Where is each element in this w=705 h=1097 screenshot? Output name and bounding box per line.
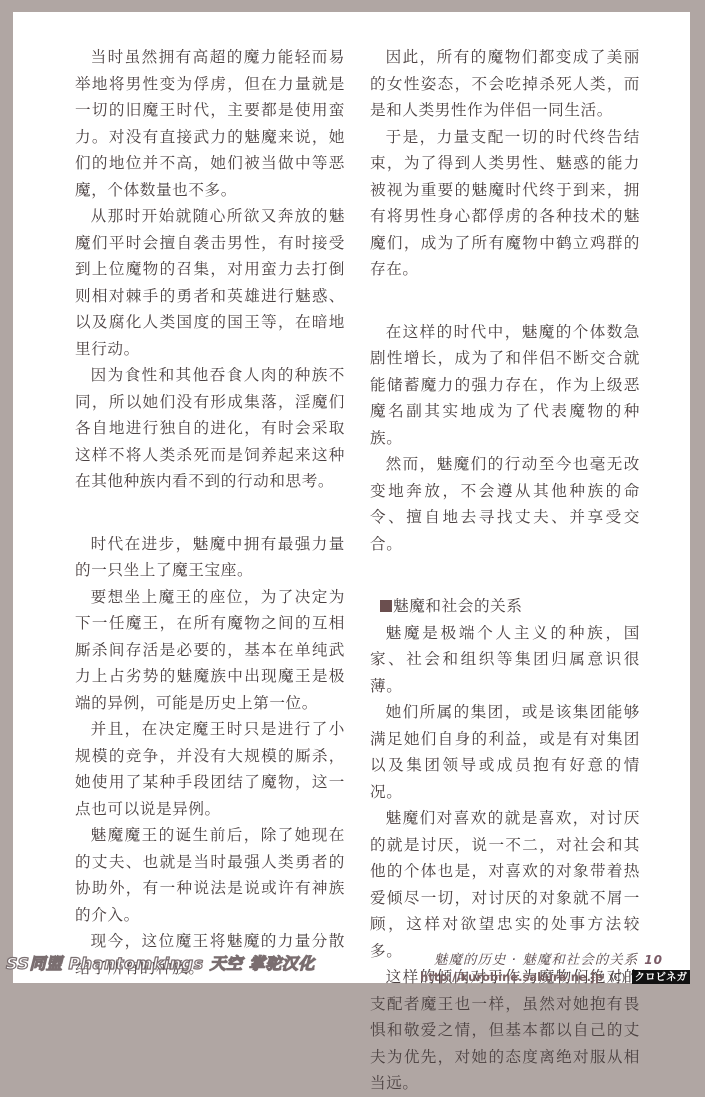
right-column: 因此，所有的魔物们都变成了美丽的女性姿态，不会吃掉杀死人类，而是和人类男性作为伴… bbox=[370, 44, 640, 1000]
paragraph: 当时虽然拥有高超的魔力能轻而易举地将男性变为俘虏，但在力量就是一切的旧魔王时代，… bbox=[75, 44, 345, 203]
paragraph: 因为食性和其他吞食人肉的种族不同，所以她们没有形成集落，淫魔们各自地进行独自的进… bbox=[75, 362, 345, 495]
translation-credits: SS同盟 Phantomkings 天空 掌驼汉化 bbox=[6, 951, 315, 974]
section-heading-text: 魅魔和社会的关系 bbox=[393, 597, 523, 615]
left-column: 当时虽然拥有高超的魔力能轻而易举地将男性变为俘虏，但在力量就是一切的旧魔王时代，… bbox=[75, 44, 345, 981]
paragraph: 并且，在决定魔王时只是进行了小规模的竞争，并没有大规模的厮杀，她使用了某种手段团… bbox=[75, 716, 345, 822]
copyright-mark: (C) bbox=[609, 971, 625, 984]
footer-title-text: 魅魔的历史 · 魅魔和社会的关系 bbox=[434, 952, 638, 968]
paragraph: 魅魔魔王的诞生前后，除了她现在的丈夫、也就是当时最强人类勇者的协助外，有一种说法… bbox=[75, 822, 345, 928]
paragraph-gap bbox=[370, 557, 640, 593]
section-heading: 魅魔和社会的关系 bbox=[370, 593, 640, 620]
paragraph: 于是，力量支配一切的时代终告结束，为了得到人类男性、魅惑的能力被视为重要的魅魔时… bbox=[370, 124, 640, 283]
paragraph: 要想坐上魔王的座位，为了决定为下一任魔王，在所有魔物之间的互相厮杀间存活是必要的… bbox=[75, 584, 345, 717]
publisher-logo: クロビネガ bbox=[632, 970, 691, 984]
paragraph: 在这样的时代中，魅魔的个体数急剧性增长，成为了和伴侣不断交合就能储蓄魔力的强力存… bbox=[370, 319, 640, 452]
paragraph: 然而，魅魔们的行动至今也毫无改变地奔放，不会遵从其他种族的命令、擅自地去寻找丈夫… bbox=[370, 451, 640, 557]
paragraph: 魅魔们对喜欢的就是喜欢，对讨厌的就是讨厌，说一不二，对社会和其他的个体也是，对喜… bbox=[370, 805, 640, 964]
footer-url[interactable]: http://kurobine.sakura.ne.jp bbox=[420, 970, 603, 984]
footer-url-row: http://kurobine.sakura.ne.jp (C) クロビネガ bbox=[420, 970, 690, 984]
paragraph-gap bbox=[370, 283, 640, 319]
paragraph-gap bbox=[75, 495, 345, 531]
paragraph: 魅魔是极端个人主义的种族，国家、社会和组织等集团归属意识很薄。 bbox=[370, 620, 640, 700]
paragraph: 从那时开始就随心所欲又奔放的魅魔们平时会擅自袭击男性，有时接受到上位魔物的召集，… bbox=[75, 203, 345, 362]
footer-title: 魅魔的历史 · 魅魔和社会的关系10 bbox=[434, 948, 663, 968]
page-number: 10 bbox=[644, 953, 663, 967]
paragraph: 时代在进步，魅魔中拥有最强力量的一只坐上了魔王宝座。 bbox=[75, 531, 345, 584]
paragraph: 她们所属的集团，或是该集团能够满足她们自身的利益，或是有对集团以及集团领导或成员… bbox=[370, 699, 640, 805]
document-page: 当时虽然拥有高超的魔力能轻而易举地将男性变为俘虏，但在力量就是一切的旧魔王时代，… bbox=[13, 12, 690, 983]
square-bullet-icon bbox=[380, 600, 392, 612]
paragraph: 因此，所有的魔物们都变成了美丽的女性姿态，不会吃掉杀死人类，而是和人类男性作为伴… bbox=[370, 44, 640, 124]
